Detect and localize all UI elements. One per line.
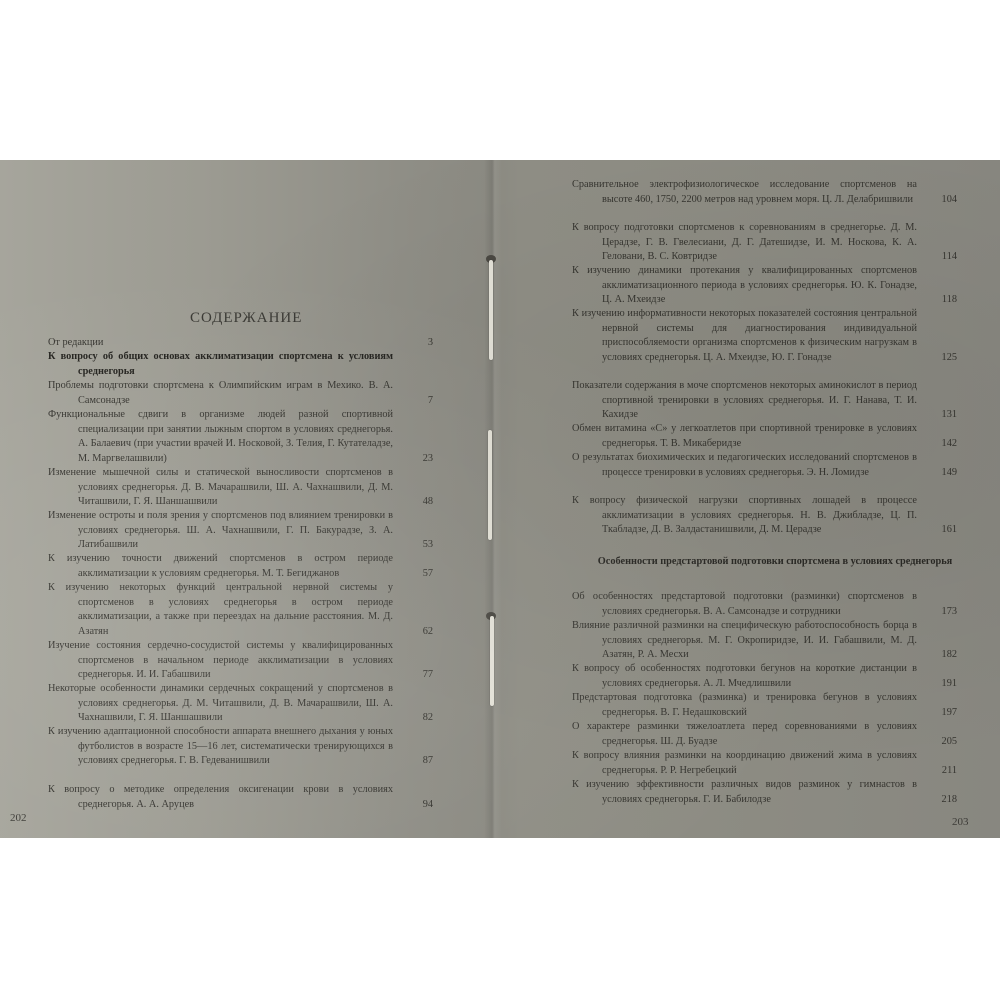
toc-entry: Сравнительное электрофизиологическое исс… (572, 178, 917, 207)
toc-entry-title: О характере разминки тяжелоатлета перед … (572, 720, 917, 749)
toc-entry: К изучению адаптационной способности апп… (48, 725, 393, 769)
toc-entry-page: 211 (942, 764, 957, 779)
toc-entry-title: К изучению точности движений спортсменов… (48, 552, 393, 581)
toc-entry-title: К вопросу об общих основах акклиматизаци… (48, 350, 393, 379)
toc-entry: Функциональные сдвиги в организме людей … (48, 408, 393, 466)
toc-entry-title: К изучению динамики протекания у квалифи… (572, 264, 917, 308)
toc-entry-title: К вопросу влияния разминки на координаци… (572, 749, 917, 778)
toc-entry: Влияние различной разминки на специфичес… (572, 619, 917, 663)
toc-entry: Изучение состояния сердечно-сосудистой с… (48, 639, 393, 683)
toc-entry-page: 87 (423, 754, 433, 769)
toc-entry: К вопросу влияния разминки на координаци… (572, 749, 917, 778)
toc-entry-page: 197 (942, 706, 957, 721)
toc-entry: К вопросу об особенностях подготовки бег… (572, 662, 917, 691)
binding-thread-middle (488, 430, 492, 540)
toc-entry-title: К изучению эффективности различных видов… (572, 778, 917, 807)
page-title: СОДЕРЖАНИЕ (190, 310, 302, 327)
toc-entry-title: К вопросу о методике определения оксиген… (48, 783, 393, 812)
binding-thread-top (489, 260, 493, 360)
toc-entry-page: 142 (942, 437, 957, 452)
toc-entry-title: Показатели содержания в моче спортсменов… (572, 379, 917, 423)
toc-entry-page: 205 (942, 735, 957, 750)
toc-entry-page: 182 (942, 648, 957, 663)
toc-entry-title: Обмен витамина «С» у легкоатлетов при сп… (572, 422, 917, 451)
toc-entry-title: От редакции (48, 336, 393, 351)
toc-entry: К изучению некоторых функций центральной… (48, 581, 393, 639)
toc-entry-title: Некоторые особенности динамики сердечных… (48, 682, 393, 726)
toc-entry-page: 104 (942, 193, 957, 208)
binding-thread-bottom (490, 616, 494, 706)
toc-entry: О результатах биохимических и педагогиче… (572, 451, 917, 480)
toc-entry: К вопросу об общих основах акклиматизаци… (48, 350, 393, 379)
toc-entry-title: О результатах биохимических и педагогиче… (572, 451, 917, 480)
toc-entry-page: 57 (423, 567, 433, 582)
toc-entry-page: 161 (942, 523, 957, 538)
toc-entry: К изучению информативности некоторых пок… (572, 307, 917, 365)
toc-entry-title: К изучению адаптационной способности апп… (48, 725, 393, 769)
section-heading: Особенности предстартовой подготовки спо… (580, 555, 970, 570)
toc-entry-title: К вопросу физической нагрузки спортивных… (572, 494, 917, 538)
toc-entry: Предстартовая подготовка (разминка) и тр… (572, 691, 917, 720)
toc-entry-title: Сравнительное электрофизиологическое исс… (572, 178, 917, 207)
page-number-left: 202 (10, 812, 27, 824)
toc-entry: К вопросу подготовки спортсменов к сорев… (572, 221, 917, 265)
toc-entry-title: К изучению некоторых функций центральной… (48, 581, 393, 639)
toc-entry-title: Предстартовая подготовка (разминка) и тр… (572, 691, 917, 720)
page-number-right: 203 (952, 816, 969, 828)
toc-entry: О характере разминки тяжелоатлета перед … (572, 720, 917, 749)
left-page: СОДЕРЖАНИЕ От редакции3К вопросу об общи… (0, 160, 480, 838)
toc-entry-title: Функциональные сдвиги в организме людей … (48, 408, 393, 466)
toc-entry: К изучению эффективности различных видов… (572, 778, 917, 807)
toc-entry-page: 149 (942, 466, 957, 481)
toc-entry-page: 62 (423, 625, 433, 640)
toc-entry-page: 131 (942, 408, 957, 423)
toc-entry-page: 114 (942, 250, 957, 265)
toc-entry: От редакции3 (48, 336, 393, 351)
toc-entry-title: Изменение остроты и поля зрения у спортс… (48, 509, 393, 553)
toc-entry-page: 7 (428, 394, 433, 409)
toc-entry-title: Об особенностях предстартовой подготовки… (572, 590, 917, 619)
toc-entry: К изучению динамики протекания у квалифи… (572, 264, 917, 308)
toc-entry-page: 53 (423, 538, 433, 553)
toc-entry: Об особенностях предстартовой подготовки… (572, 590, 917, 619)
toc-entry: Показатели содержания в моче спортсменов… (572, 379, 917, 423)
toc-entry-page: 118 (942, 293, 957, 308)
toc-entry-page: 125 (942, 351, 957, 366)
toc-entry: Проблемы подготовки спортсмена к Олимпий… (48, 379, 393, 408)
toc-entry: Изменение остроты и поля зрения у спортс… (48, 509, 393, 553)
book-spread: СОДЕРЖАНИЕ От редакции3К вопросу об общи… (0, 160, 1000, 838)
toc-entry-page: 173 (942, 605, 957, 620)
toc-entry-title: К вопросу подготовки спортсменов к сорев… (572, 221, 917, 265)
toc-entry-page: 218 (942, 793, 957, 808)
right-page: Сравнительное электрофизиологическое исс… (505, 160, 1000, 838)
toc-entry-title: К изучению информативности некоторых пок… (572, 307, 917, 365)
toc-entry: К вопросу физической нагрузки спортивных… (572, 494, 917, 538)
toc-entry: К изучению точности движений спортсменов… (48, 552, 393, 581)
toc-entry-page: 3 (428, 336, 433, 351)
toc-entry-title: Изучение состояния сердечно-сосудистой с… (48, 639, 393, 683)
toc-entry-page: 94 (423, 798, 433, 813)
toc-entry-title: Влияние различной разминки на специфичес… (572, 619, 917, 663)
toc-entry-page: 48 (423, 495, 433, 510)
toc-entry-title: К вопросу об особенностях подготовки бег… (572, 662, 917, 691)
toc-entry: Обмен витамина «С» у легкоатлетов при сп… (572, 422, 917, 451)
toc-entry-title: Изменение мышечной силы и статической вы… (48, 466, 393, 510)
toc-entry: Изменение мышечной силы и статической вы… (48, 466, 393, 510)
toc-entry-page: 82 (423, 711, 433, 726)
toc-entry: К вопросу о методике определения оксиген… (48, 783, 393, 812)
toc-entry-page: 77 (423, 668, 433, 683)
toc-entry-page: 191 (942, 677, 957, 692)
toc-entry-title: Проблемы подготовки спортсмена к Олимпий… (48, 379, 393, 408)
toc-entry-page: 23 (423, 452, 433, 467)
toc-entry: Некоторые особенности динамики сердечных… (48, 682, 393, 726)
